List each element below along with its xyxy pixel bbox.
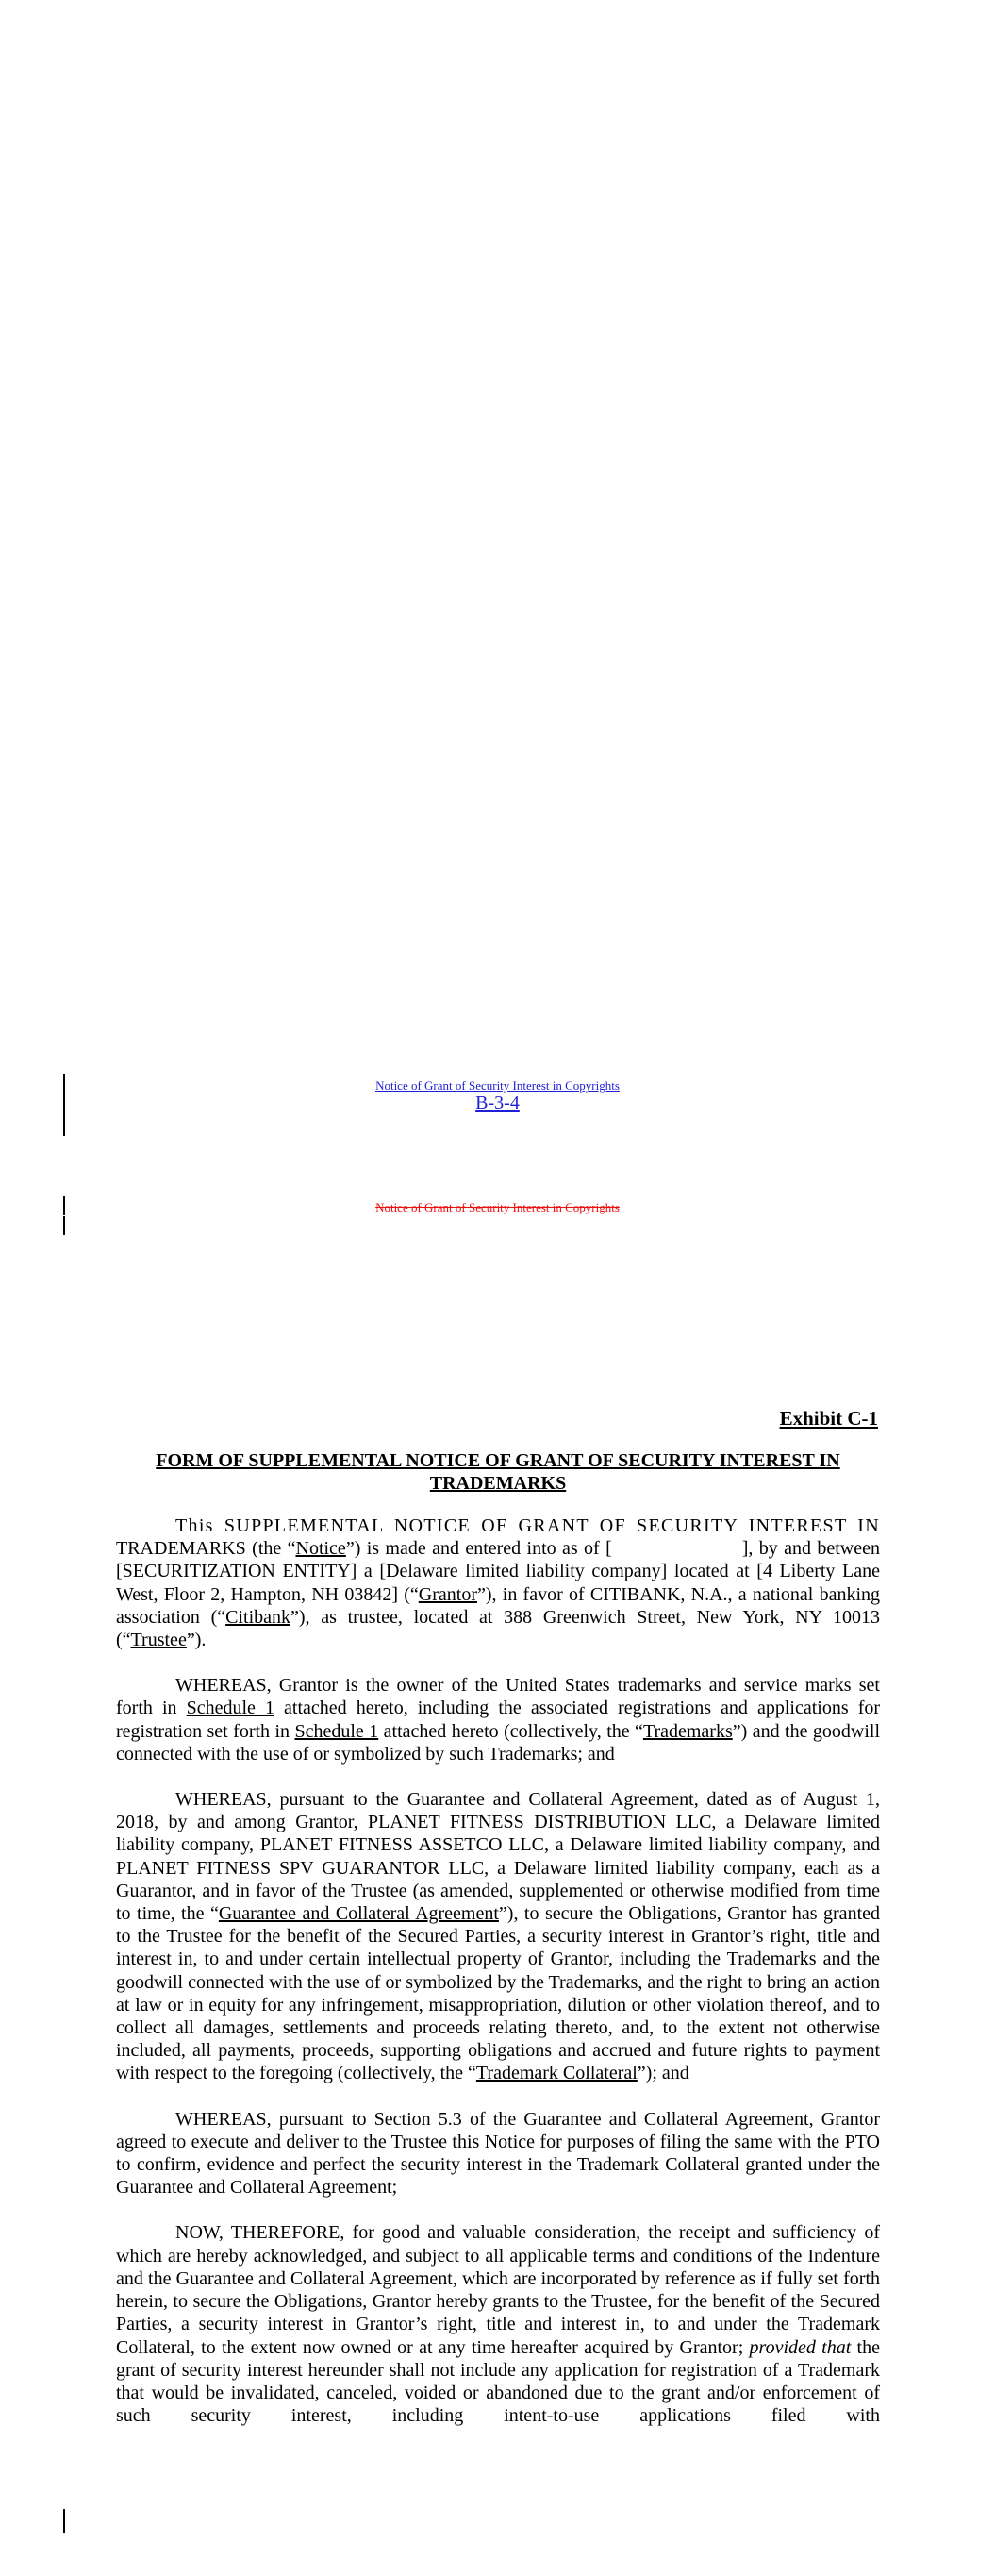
defined-term-grantor: Grantor — [419, 1584, 477, 1605]
paragraph-whereas-2: WHEREAS, pursuant to the Guarantee and C… — [116, 1788, 880, 2085]
paragraph-preamble: This SUPPLEMENTAL NOTICE OF GRANT OF SEC… — [116, 1514, 880, 1651]
defined-term-trustee: Trustee — [131, 1630, 187, 1650]
defined-term-guarantee-collateral-agreement: Guarantee and Collateral Agreement — [219, 1903, 499, 1924]
proviso-italic: provided that — [750, 2337, 852, 2358]
inserted-footer-title: Notice of Grant of Security Interest in … — [0, 1079, 995, 1093]
heading-line-2: TRADEMARKS — [116, 1472, 880, 1495]
defined-term-citibank: Citibank — [225, 1607, 290, 1628]
paragraph-now-therefore: NOW, THEREFORE, for good and valuable co… — [116, 2221, 880, 2427]
heading-line-1: FORM OF SUPPLEMENTAL NOTICE OF GRANT OF … — [116, 1449, 880, 1472]
document-body: This SUPPLEMENTAL NOTICE OF GRANT OF SEC… — [116, 1514, 880, 2450]
defined-term-trademarks: Trademarks — [643, 1721, 733, 1742]
schedule-reference: Schedule 1 — [187, 1698, 274, 1718]
previous-page-footer-deleted: Notice of Grant of Security Interest in … — [0, 1201, 995, 1214]
revision-change-bar — [63, 1216, 65, 1235]
schedule-reference: Schedule 1 — [294, 1721, 378, 1742]
deleted-footer-title: Notice of Grant of Security Interest in … — [0, 1201, 995, 1214]
defined-term-trademark-collateral: Trademark Collateral — [476, 2063, 638, 2083]
paragraph-whereas-1: WHEREAS, Grantor is the owner of the Uni… — [116, 1674, 880, 1765]
revision-change-bar — [63, 2509, 65, 2533]
document-heading: FORM OF SUPPLEMENTAL NOTICE OF GRANT OF … — [116, 1449, 880, 1495]
inserted-page-number: B-3-4 — [0, 1093, 995, 1113]
paragraph-whereas-3: WHEREAS, pursuant to Section 5.3 of the … — [116, 2108, 880, 2200]
exhibit-label: Exhibit C-1 — [780, 1407, 878, 1430]
previous-page-footer-inserted: Notice of Grant of Security Interest in … — [0, 1079, 995, 1113]
defined-term-notice: Notice — [296, 1538, 346, 1559]
